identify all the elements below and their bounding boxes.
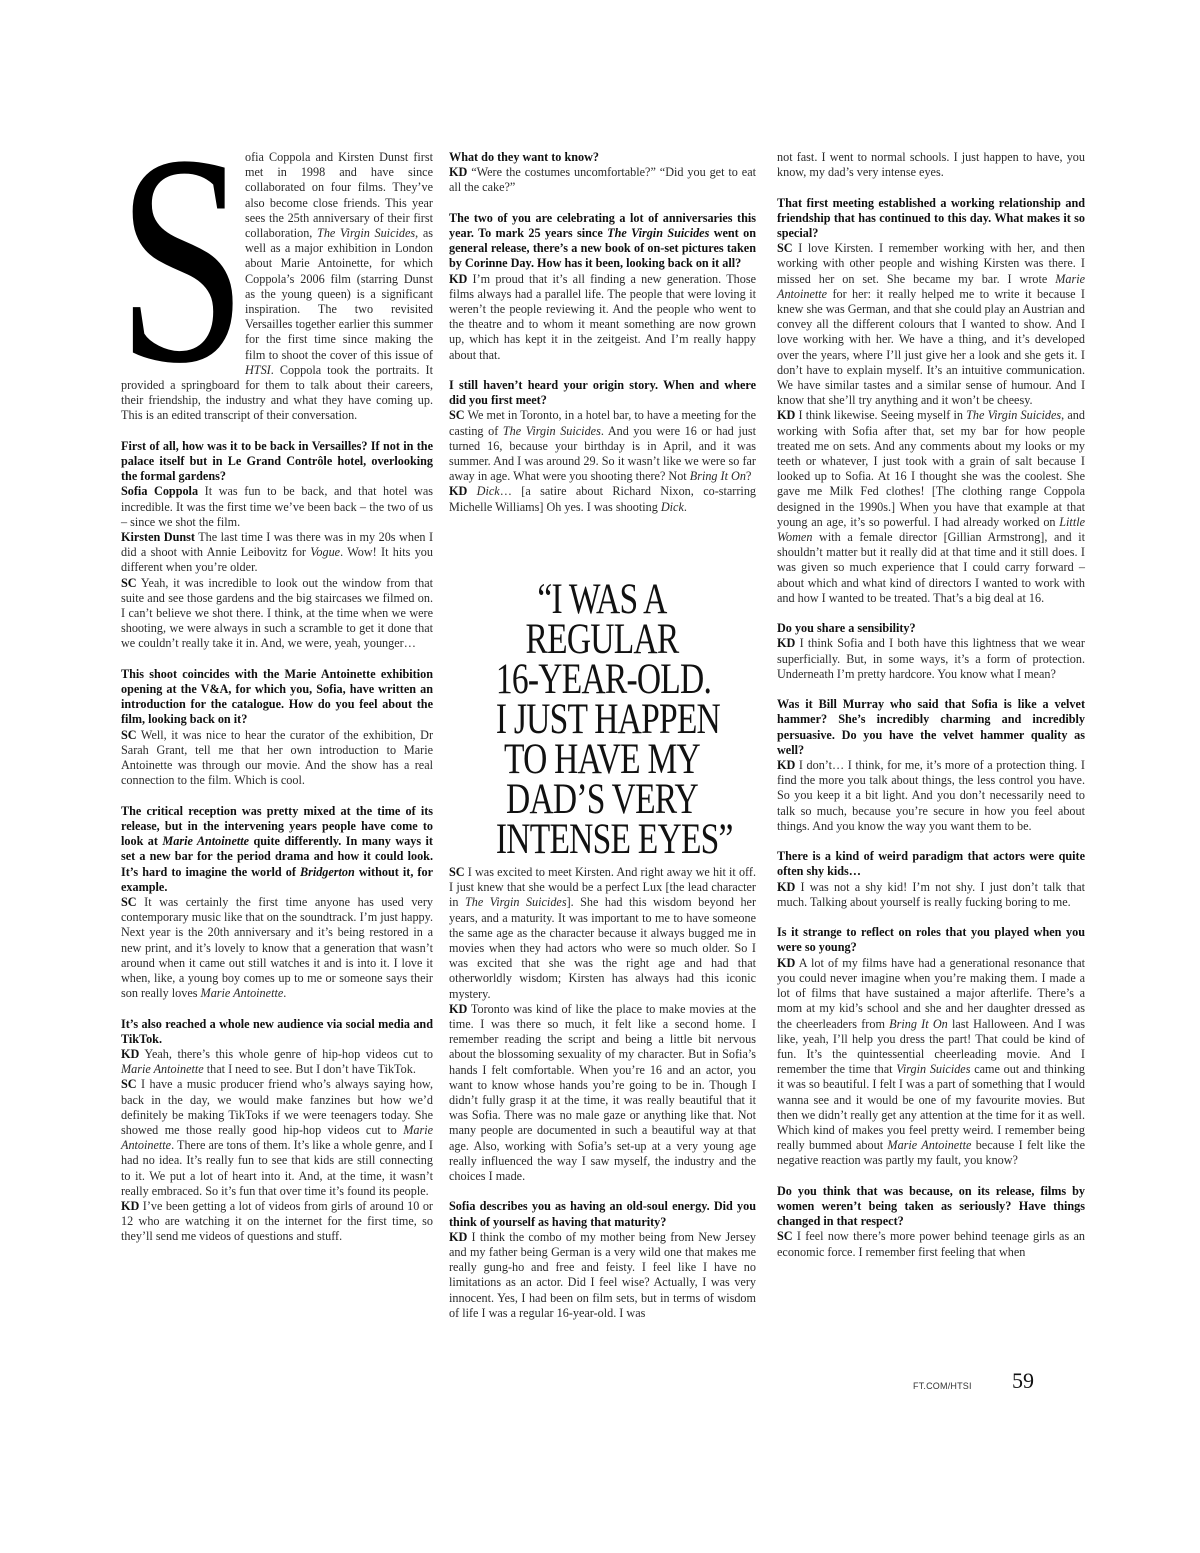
article-column-middle: What do they want to know? KD “Were the …	[449, 150, 756, 515]
speaker-label: Sofia Coppola	[121, 484, 198, 498]
speaker-label: SC	[121, 895, 137, 909]
question: I still haven’t heard your origin story.…	[449, 378, 756, 408]
question: Is it strange to reflect on roles that y…	[777, 925, 1085, 955]
question: The critical reception was pretty mixed …	[121, 804, 433, 895]
answer: KD I think Sofia and I both have this li…	[777, 636, 1085, 682]
answer: Kirsten Dunst The last time I was there …	[121, 530, 433, 576]
answer: SC I feel now there’s more power behind …	[777, 1229, 1085, 1259]
answer: SC Well, it was nice to hear the curator…	[121, 728, 433, 789]
speaker-label: KD	[777, 408, 795, 422]
speaker-label: KD	[121, 1047, 139, 1061]
answer: KD Yeah, there’s this whole genre of hip…	[121, 1047, 433, 1077]
speaker-label: KD	[449, 165, 467, 179]
article-column-left: S ofia Coppola and Kirsten Dunst first m…	[121, 150, 433, 1245]
answer: SC I love Kirsten. I remember working wi…	[777, 241, 1085, 408]
speaker-label: KD	[777, 636, 795, 650]
question: First of all, how was it to be back in V…	[121, 439, 433, 485]
answer-continued: not fast. I went to normal schools. I ju…	[777, 150, 1085, 180]
footer-site-url: FT.COM/HTSI	[913, 1381, 972, 1391]
speaker-label: SC	[121, 1077, 137, 1091]
question: It’s also reached a whole new audience v…	[121, 1017, 433, 1047]
speaker-label: SC	[121, 576, 137, 590]
pull-quote-line: REGULAR	[496, 620, 708, 660]
answer: SC It was certainly the first time anyon…	[121, 895, 433, 1001]
answer: KD I’m proud that it’s all finding a new…	[449, 272, 756, 363]
question: That first meeting established a working…	[777, 196, 1085, 242]
drop-cap: S	[117, 154, 212, 366]
speaker-label: SC	[777, 1229, 793, 1243]
speaker-label: SC	[449, 408, 465, 422]
speaker-label: KD	[121, 1199, 139, 1213]
speaker-label: KD	[777, 758, 795, 772]
speaker-label: SC	[777, 241, 793, 255]
pull-quote-line: 16-YEAR-OLD.	[496, 660, 708, 700]
speaker-label: KD	[449, 272, 467, 286]
question: There is a kind of weird paradigm that a…	[777, 849, 1085, 879]
answer: KD “Were the costumes uncomfortable?” “D…	[449, 165, 756, 195]
speaker-label: KD	[449, 1002, 467, 1016]
question: Do you share a sensibility?	[777, 621, 1085, 636]
speaker-label: SC	[121, 728, 137, 742]
answer: SC We met in Toronto, in a hotel bar, to…	[449, 408, 756, 484]
answer: Sofia Coppola It was fun to be back, and…	[121, 484, 433, 530]
answer: KD A lot of my films have had a generati…	[777, 956, 1085, 1169]
answer: KD I’ve been getting a lot of videos fro…	[121, 1199, 433, 1245]
answer: SC I was excited to meet Kirsten. And ri…	[449, 865, 756, 1002]
answer: KD I don’t… I think, for me, it’s more o…	[777, 758, 1085, 834]
speaker-label: KD	[449, 1230, 467, 1244]
speaker-label: KD	[777, 880, 795, 894]
question: Was it Bill Murray who said that Sofia i…	[777, 697, 1085, 758]
answer: KD Dick… [a satire about Richard Nixon, …	[449, 484, 756, 514]
speaker-label: SC	[449, 865, 465, 879]
pull-quote-line: “I WAS A	[496, 580, 708, 620]
pull-quote-line: I JUST HAPPEN	[496, 700, 708, 740]
answer: KD I think the combo of my mother being …	[449, 1230, 756, 1321]
pull-quote-line: INTENSE EYES”	[496, 820, 708, 860]
answer: KD Toronto was kind of like the place to…	[449, 1002, 756, 1184]
pull-quote-line: TO HAVE MY	[496, 740, 708, 780]
answer: SC I have a music producer friend who’s …	[121, 1077, 433, 1199]
page-number: 59	[1012, 1368, 1034, 1394]
article-column-right: not fast. I went to normal schools. I ju…	[777, 150, 1085, 1260]
answer: SC Yeah, it was incredible to look out t…	[121, 576, 433, 652]
question: The two of you are celebrating a lot of …	[449, 211, 756, 272]
article-column-middle-lower: SC I was excited to meet Kirsten. And ri…	[449, 865, 756, 1321]
question: Sofia describes you as having an old-sou…	[449, 1199, 756, 1229]
speaker-label: Kirsten Dunst	[121, 530, 195, 544]
answer: KD I think likewise. Seeing myself in Th…	[777, 408, 1085, 606]
speaker-label: KD	[449, 484, 467, 498]
pull-quote: “I WAS A REGULAR 16-YEAR-OLD. I JUST HAP…	[496, 580, 708, 860]
question: Do you think that was because, on its re…	[777, 1184, 1085, 1230]
question: What do they want to know?	[449, 150, 756, 165]
pull-quote-line: DAD’S VERY	[496, 780, 708, 820]
answer: KD I was not a shy kid! I’m not shy. I j…	[777, 880, 1085, 910]
question: This shoot coincides with the Marie Anto…	[121, 667, 433, 728]
speaker-label: KD	[777, 956, 795, 970]
